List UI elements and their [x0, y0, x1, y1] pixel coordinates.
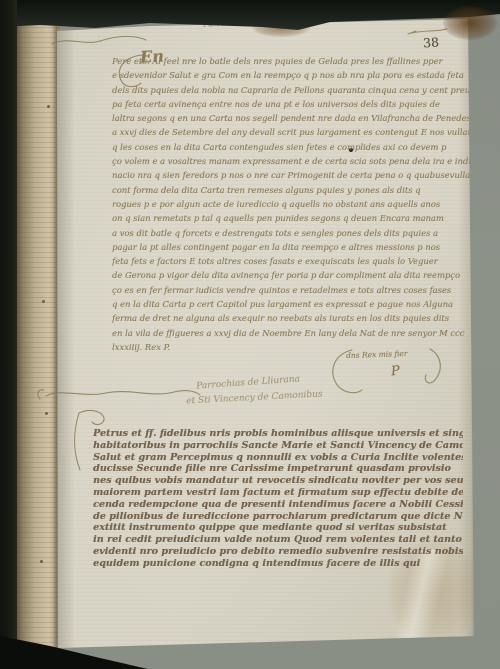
center-annotation-line2: et Sti Vincency de Camonibus	[186, 389, 323, 406]
manuscript-line: ço es en fer fermar iudicis vendre quint…	[112, 283, 472, 297]
manuscript-line: cont forma dela dita Carta tren remeses …	[112, 183, 472, 197]
manuscript-line: equidem punicione condigna q intendimus …	[93, 558, 463, 570]
manuscript-line: de Gerona p vigor dela dita avinença fer…	[112, 268, 472, 282]
manuscript-line: evidenti nro preiudicio pro debito remed…	[93, 546, 463, 558]
manuscript-line: laltra segons q en una Carta nos segell …	[112, 111, 472, 125]
manuscript-line: pa feta certa avinença entre nos de una …	[112, 97, 472, 111]
manuscript-line: Petrus et ff. fidelibus nris probis homi…	[93, 428, 463, 440]
signature-note: dns Rex mis fier	[346, 349, 408, 360]
manuscript-line: dels dits pquies dela nobla na Capraria …	[112, 83, 472, 97]
manuscript-line: lxxxiiij. Rex P.	[112, 340, 472, 354]
signature-paraph: P	[390, 364, 400, 380]
manuscript-line: habitatoribus in parrochiis Sancte Marie…	[93, 440, 463, 452]
page-left-edge-shadow	[57, 26, 75, 648]
manuscript-line: maiorem partem vestri iam factum et firm…	[93, 487, 463, 499]
manuscript-line: pagar la pt alles contingent pagar en la…	[112, 240, 472, 254]
folio-number: 38	[422, 34, 439, 50]
manuscript-line: e sdevenidor Salut e gra Com en la reemp…	[112, 68, 472, 82]
manuscript-line: ducisse Secunde filie nre Carissime impe…	[93, 463, 463, 475]
center-annotation-line1: Parrochias de Lliurana	[196, 374, 300, 391]
photographed-manuscript: Parrochias de Lliurany et St Vincens de …	[0, 0, 500, 669]
manuscript-line: ço volem e a vosaltres manam expressamen…	[112, 154, 472, 168]
manuscript-line: in rei cedit preiudicium valde notum Quo…	[93, 534, 463, 546]
manuscript-line: nes quibus vobis mandatur ut revocetis s…	[93, 475, 463, 487]
manuscript-line: on q sian remetats p tal q aquells pen p…	[112, 211, 472, 225]
catalan-text-block: Pere etc. Al feel nre lo batle dels nres…	[112, 54, 472, 354]
manuscript-line: Pere etc. Al feel nre lo batle dels nres…	[112, 54, 472, 68]
manuscript-line: cenda redempcione qua de presenti intend…	[93, 499, 463, 511]
manuscript-line: a xxvj dies de Setembre del any devall s…	[112, 125, 472, 139]
latin-text-block: Petrus et ff. fidelibus nris probis homi…	[93, 428, 463, 570]
manuscript-line: de pilionibus de iurediccione parrochiar…	[93, 511, 463, 523]
manuscript-line: a vos dit batle q forcets e destrengats …	[112, 226, 472, 240]
manuscript-line: rogues p e por algun acte de iurediccio …	[112, 197, 472, 211]
paper-speck	[42, 300, 45, 303]
manuscript-page: Parrochias de Lliurany et St Vincens de …	[0, 0, 500, 669]
paper-speck	[40, 560, 43, 563]
corner-stain	[443, 6, 497, 40]
manuscript-line: nacio nra q sien feredors p nos o nre ca…	[112, 168, 472, 182]
manuscript-line: feta fets e factors E tots altres coses …	[112, 254, 472, 268]
manuscript-line: ferma de dret ne alguna als exequir no r…	[112, 311, 472, 325]
manuscript-line: en la vila de ffigueres a xxvj dia de No…	[112, 326, 472, 340]
manuscript-line: Salut et gram Percepimus q nonnulli ex v…	[93, 452, 463, 464]
paper-speck	[45, 412, 48, 415]
paper-speck	[47, 105, 50, 108]
book-binding-left	[0, 0, 17, 648]
manuscript-line: q les coses en la dita Carta contengudes…	[112, 140, 472, 154]
manuscript-line: q en la dita Carta p cert Capitol pus la…	[112, 297, 472, 311]
manuscript-line: extitit instrumento quippe que mediante …	[93, 522, 463, 534]
